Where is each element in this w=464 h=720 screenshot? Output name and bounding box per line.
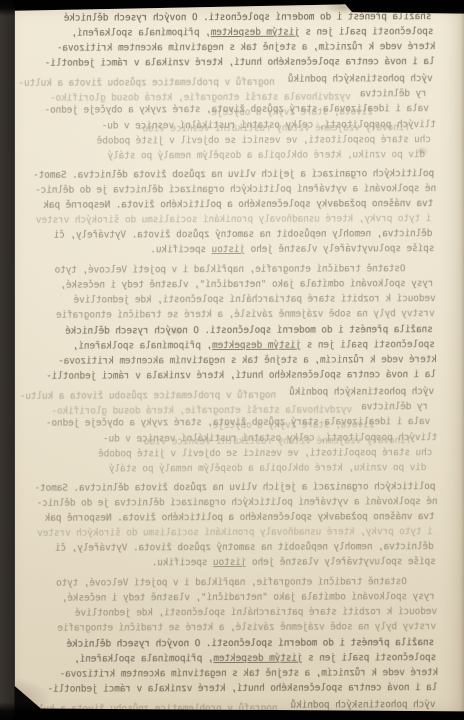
typed-text: ry dělnictva <box>361 401 428 412</box>
text-line: vrstvy byly na sobě vzájemně závislé, a … <box>23 308 435 322</box>
typed-text: rysy spolkování odmítala jako "netradičn… <box>62 591 435 604</box>
typed-text: Ostatně tradiční etnografie, například i… <box>56 576 407 589</box>
underlined-phrase: jistým despektem <box>213 653 302 664</box>
typed-text: chu staré pospolitosti, ve vesnici se ob… <box>97 134 431 146</box>
typed-text: tva vnášeno požadavky společenského a po… <box>43 198 433 211</box>
text-line: la i nová centra společenského hnutí, kt… <box>23 56 435 70</box>
text-line: vých pohostinských podnikůnografů v prob… <box>22 386 434 400</box>
text-line: i tyto prvky, které usnadňovaly pronikán… <box>21 526 433 540</box>
typed-text: i tyto prvky, které usnadňovaly pronikán… <box>36 213 431 226</box>
ghost-impression-text: nografů v problematice způsobu života a … <box>19 77 275 90</box>
typed-text: které vede k různicím, a stejně tak s ne… <box>57 41 436 54</box>
typed-text: spíše spoluvytvářely vlastně jeho jistou… <box>150 243 434 255</box>
typed-text: snažila přenést i do moderní společnosti… <box>65 324 433 337</box>
text-line: chu staré pospolitosti, ve vesnici se ob… <box>20 447 432 461</box>
typed-text: vých pohostinských podniků <box>288 73 433 85</box>
ghost-impression-text: života, staré zvyky a obyčeje <box>213 419 375 432</box>
typed-text: tva vnášeno požadavky společenského a po… <box>45 511 435 524</box>
typed-text: dělnictva, nemohly nepůsobit na samotný … <box>55 541 434 554</box>
typed-text: politických organizací a jejich vlivu na… <box>33 168 434 181</box>
text-line: né spolkování a vytváření politických or… <box>24 183 436 197</box>
typed-text: vedoucí k rozbití staré patriarchální sp… <box>75 606 437 619</box>
underlined-phrase: jistým despektem <box>212 340 301 351</box>
underlined-phrase: jistou <box>213 557 246 568</box>
text-line: společnosti psali jen s jistým despektem… <box>22 26 434 40</box>
text-line: la i nová centra společenského hnutí, kt… <box>24 369 436 383</box>
typed-text: snažila přenést i do moderní společnosti… <box>64 11 432 24</box>
typed-text: vrstvy byly na sobě vzájemně závislé, a … <box>56 308 435 321</box>
text-line: snažila přenést i do moderní společnosti… <box>19 11 431 25</box>
text-line: ry dělnictvavyzdvihovala starší etnograf… <box>16 401 428 415</box>
text-line: snažila přenést i do moderní společnosti… <box>22 637 434 651</box>
ghost-impression-text: nografů v problematice způsobu života a … <box>20 390 276 403</box>
ghost-impression-text: života, staré zvyky a obyčeje <box>211 106 373 119</box>
text-line: vedoucí k rozbití staré patriarchální sp… <box>25 606 437 620</box>
text-line: rysy spolkování odmítala jako "netradičn… <box>23 591 435 605</box>
typed-text: la i nová centra společenského hnutí, kt… <box>46 369 436 382</box>
typed-text: ry dělnictva <box>360 88 427 99</box>
typed-text: la i nová centra společenského hnutí, kt… <box>45 56 435 69</box>
typed-text: společnosti psali jen s jistým despektem… <box>72 26 434 39</box>
text-line: vrstvy byly na sobě vzájemně závislé, a … <box>24 621 436 635</box>
text-line: dělnictva, nemohly nepůsobit na samotný … <box>20 228 432 242</box>
text-line: spíše spoluvytvářely vlastně jeho jistou… <box>22 243 434 257</box>
text-line: které vede k různicím, a stejně tak s ne… <box>26 667 438 681</box>
text-line: chu staré pospolitosti, ve vesnici se ob… <box>19 134 431 148</box>
text-line: né spolkování a vytváření politických or… <box>26 496 438 510</box>
ghost-impression-text: nografů v problematice způsobu života a … <box>21 703 277 716</box>
text-line: politických organizací a jejich vlivu na… <box>22 168 434 182</box>
text-line: vala i idealizovala starý způsob života,… <box>17 103 429 117</box>
typed-text: chu staré pospolitosti, ve vesnici se ob… <box>98 447 432 459</box>
typed-text: div po vzniku, které obklopila a dospělý… <box>108 149 426 161</box>
text-line: tva vnášeno požadavky společenského a po… <box>23 511 435 525</box>
typed-text: Ostatně tradiční etnografie, například i… <box>55 263 406 276</box>
text-line: la i nová centra společenského hnutí, kt… <box>25 682 437 696</box>
underlined-phrase: jistou <box>212 244 245 255</box>
typed-text: které vede k různicím, a stejně tak s ne… <box>58 354 437 367</box>
text-line: Ostatně tradiční etnografie, například i… <box>0 263 406 277</box>
text-line: vala i idealizovala starý způsob života,… <box>18 416 430 430</box>
typed-text: div po vzniku, které obklopila a dospělý… <box>109 462 427 474</box>
text-line: dělnictva, nemohly nepůsobit na samotný … <box>22 541 434 555</box>
text-line: tva vnášeno požadavky společenského a po… <box>21 198 433 212</box>
underlined-phrase: jistým despektem <box>211 27 300 38</box>
typed-text: které vede k různicím, a stejně tak s ne… <box>60 667 439 680</box>
text-line: i tyto prvky, které usnadňovaly pronikán… <box>19 213 431 227</box>
text-line: politických organizací a jejich vlivu na… <box>24 481 436 495</box>
text-line: vedoucí k rozbití staré patriarchální sp… <box>24 293 436 307</box>
text-line: rysy spolkování odmítala jako "netradičn… <box>22 278 434 292</box>
scanned-page: snažila přenést i do moderní společnosti… <box>0 0 464 720</box>
text-line: vých pohostinských podnikůnografů v prob… <box>21 73 433 87</box>
text-line: spíše spoluvytvářely vlastně jeho jistou… <box>24 556 436 570</box>
typed-text: vých pohostinských podniků <box>289 386 434 398</box>
typed-text: spíše spoluvytvářely vlastně jeho jistou… <box>152 556 436 568</box>
text-line: společnosti psali jen s jistým despektem… <box>23 339 435 353</box>
typed-text: né spolkování a vytváření politických or… <box>35 183 436 196</box>
typed-text: politických organizací a jejich vlivu na… <box>35 481 436 494</box>
typed-text: i tyto prvky, které usnadňovaly pronikán… <box>37 526 432 539</box>
text-line: div po vzniku, které obklopila a dospělý… <box>14 462 426 476</box>
typed-text: dělnictva, nemohly nepůsobit na samotný … <box>54 228 433 241</box>
text-line: div po vzniku, které obklopila a dospělý… <box>13 149 425 163</box>
typed-text: vrstvy byly na sobě vzájemně závislé, a … <box>57 621 436 634</box>
typed-text: vých pohostinských podniků <box>291 699 436 711</box>
typed-text: né spolkování a vytváření politických or… <box>37 496 438 509</box>
text-line: které vede k různicím, a stejně tak s ne… <box>24 41 436 55</box>
text-line: tlivých pospolitostí, celky ostatní rust… <box>24 119 436 133</box>
typed-text-layer: snažila přenést i do moderní společnosti… <box>0 0 464 720</box>
typed-text: vedoucí k rozbití staré patriarchální sp… <box>74 293 436 306</box>
paper-sheet: snažila přenést i do moderní společnosti… <box>0 0 464 720</box>
text-line: vých pohostinských podnikůnografů v prob… <box>23 699 435 713</box>
typed-text: rysy spolkování odmítala jako "netradičn… <box>60 278 433 291</box>
text-line: snažila přenést i do moderní společnosti… <box>21 324 433 338</box>
text-line: které vede k různicím, a stejně tak s ne… <box>25 354 437 368</box>
text-line: tlivých pospolitostí, celky ostatní rust… <box>25 432 437 446</box>
text-line: ry dělnictvavyzdvihovala starší etnograf… <box>15 88 427 102</box>
typed-text: la i nová centra společenského hnutí, kt… <box>48 682 438 695</box>
typed-text: společnosti psali jen s jistým despektem… <box>74 652 436 665</box>
text-line: Ostatně tradiční etnografie, například i… <box>0 576 407 590</box>
text-line: společnosti psali jen s jistým despektem… <box>24 652 436 666</box>
typed-text: společnosti psali jen s jistým despektem… <box>73 339 435 352</box>
typed-text: snažila přenést i do moderní společnosti… <box>67 637 435 650</box>
